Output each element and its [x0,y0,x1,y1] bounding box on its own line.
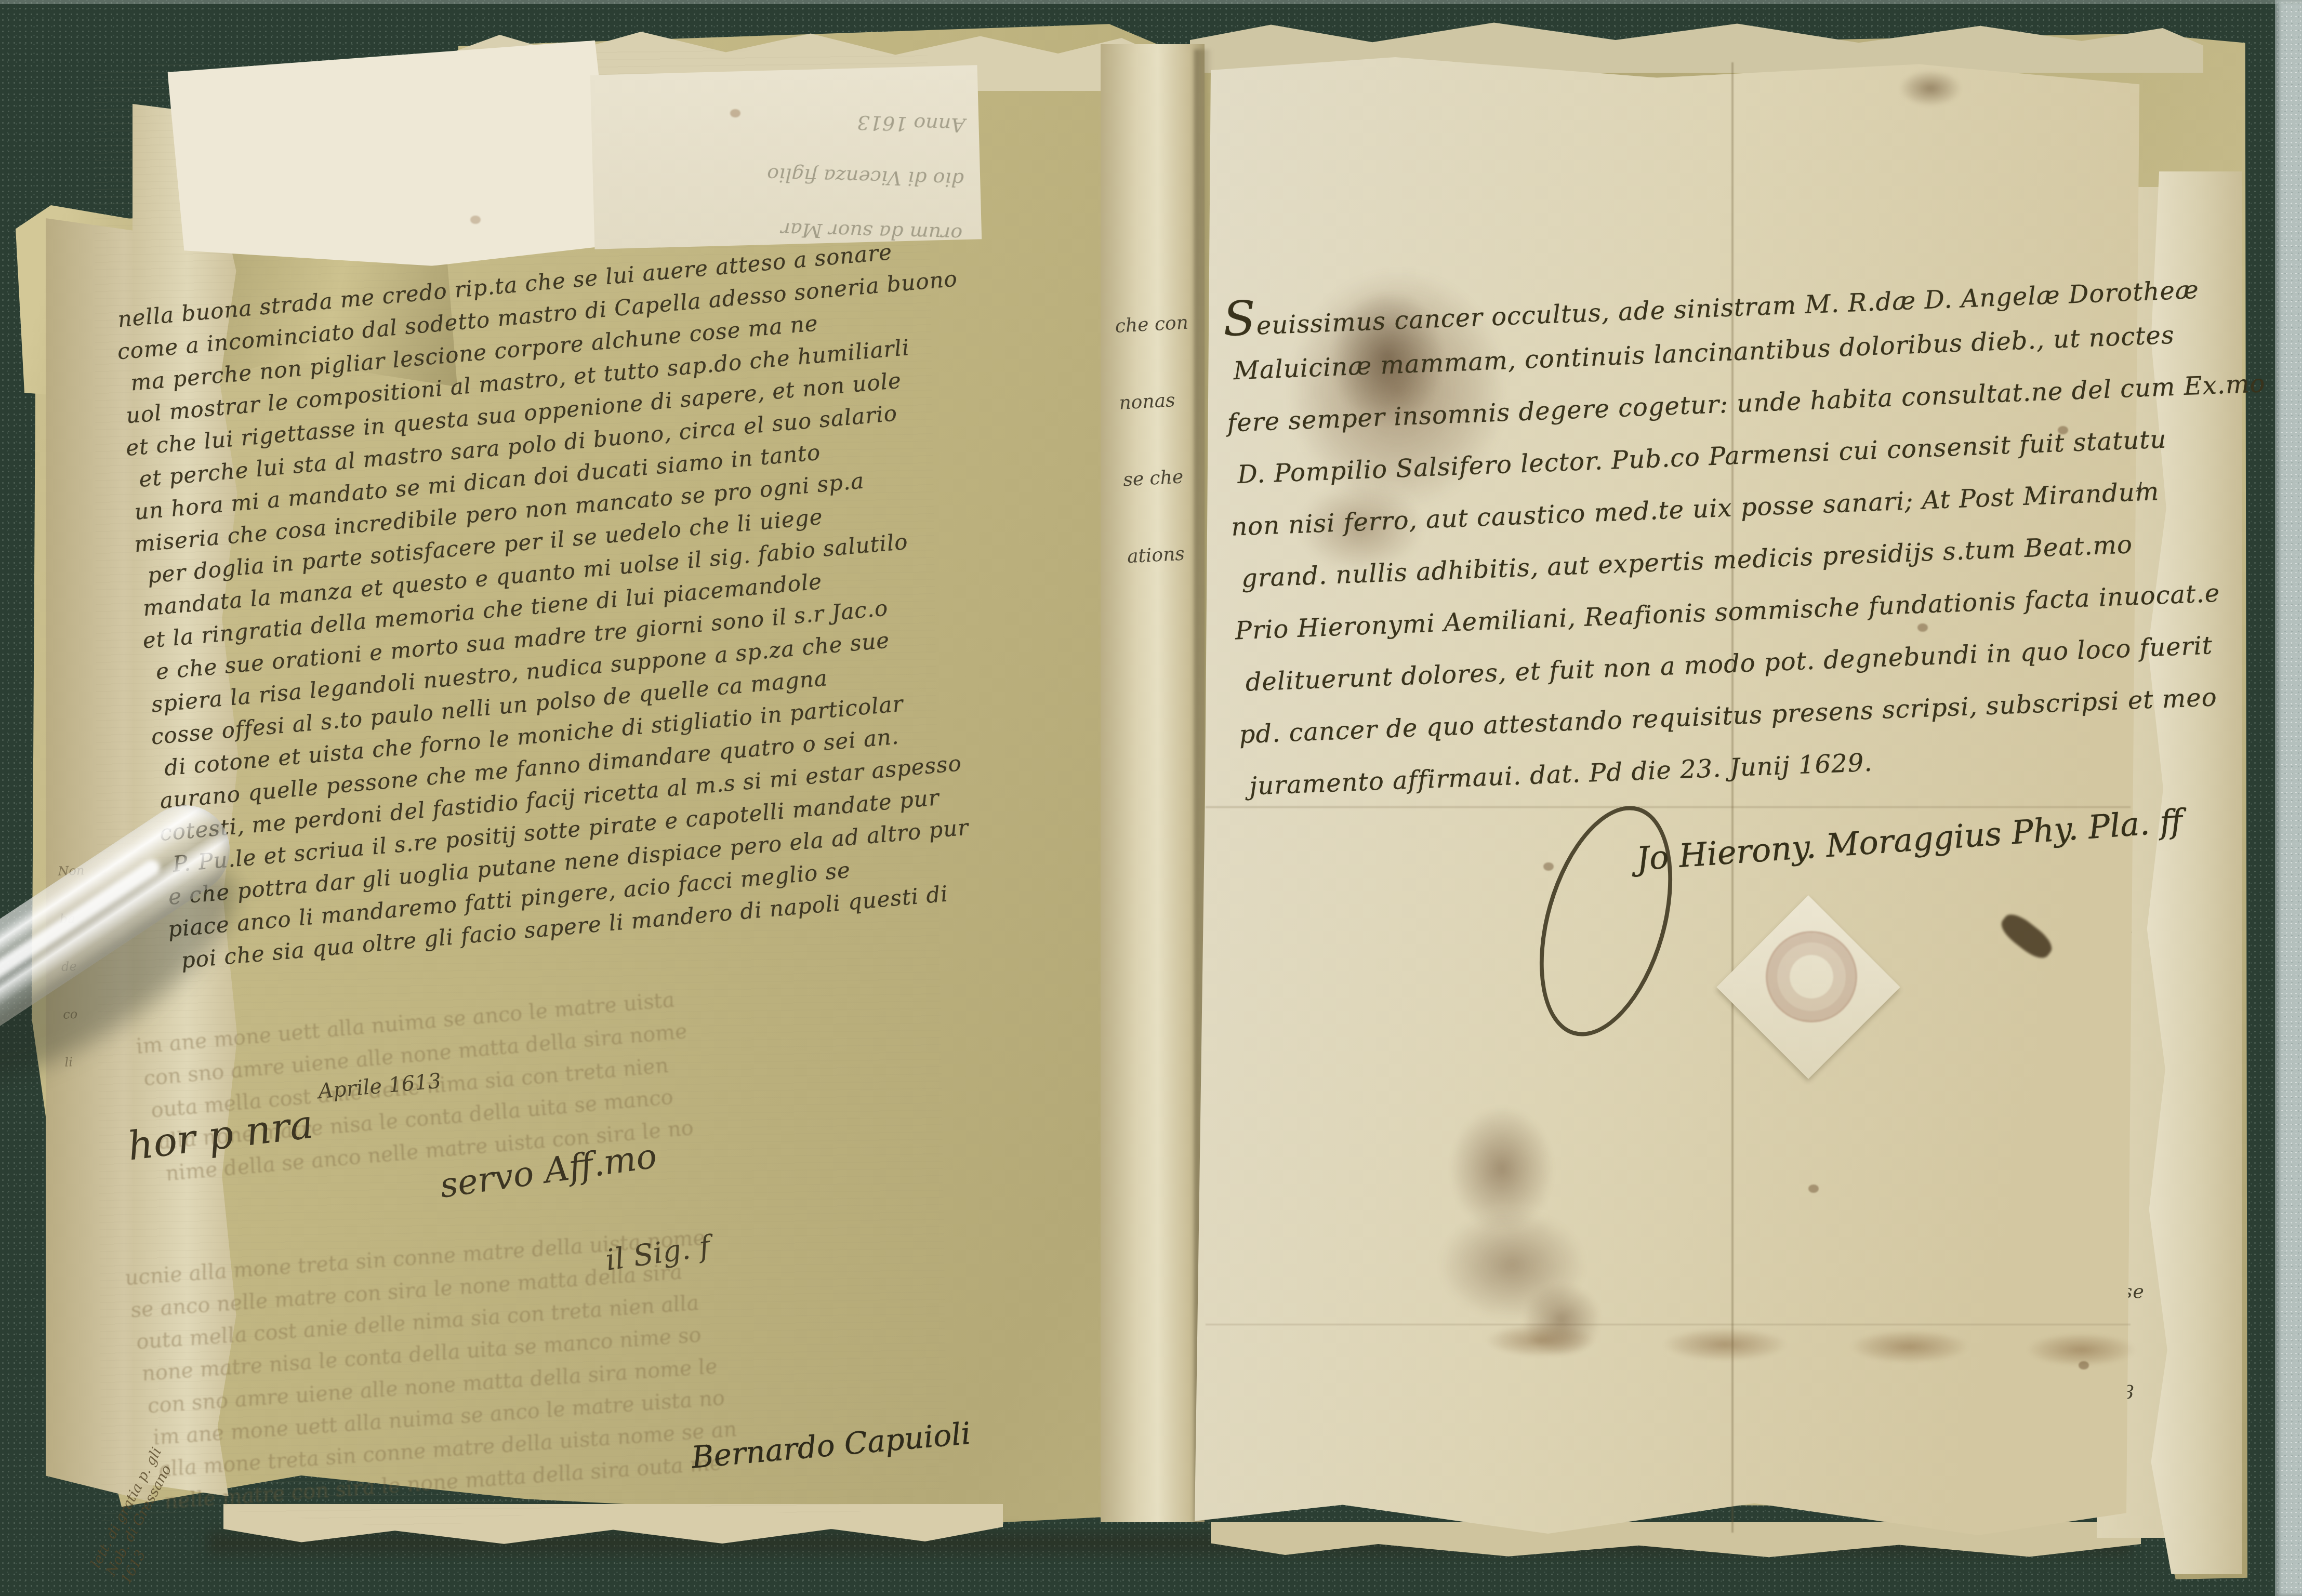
gutter-word: che con [1113,284,1209,365]
inverted-slip-line: dio di Vicenza figlio [631,144,965,207]
fox-spot [1543,862,1554,871]
latin-attestation-body: Seuissimus cancer occultus, ade sinistra… [1222,257,2187,813]
gutter-fold [1101,44,1205,1522]
fox-spot [470,216,481,224]
scan-edge-line [0,0,2302,4]
inverted-slip-line: Anno 1613 [632,89,966,153]
fold-blot [1850,1330,1969,1363]
left-page-corner-sheet [167,40,618,277]
horizontal-fold-crease-2 [1206,1324,2131,1325]
manuscript-photo: mebnsineenurmiroerorariselliunoavidoridi… [0,0,2302,1596]
gutter-word: se che [1121,437,1216,518]
gutter-word-fragments: che connonasse cheations [1113,284,1221,595]
fox-spot [2079,1361,2089,1369]
table-edge-strip [2275,0,2302,1596]
gutter-word: nonas [1117,361,1213,442]
stain-top-edge [1899,70,1962,107]
fold-blot [1663,1328,1788,1361]
fold-blot [1486,1324,1595,1357]
gutter-word: ations [1125,514,1221,595]
wax-seal-impression [1766,931,1857,1022]
fox-spot [730,109,740,117]
fox-spot [1808,1185,1819,1193]
italian-letter-body: nella buona strada me credo rip.ta che s… [113,232,990,978]
